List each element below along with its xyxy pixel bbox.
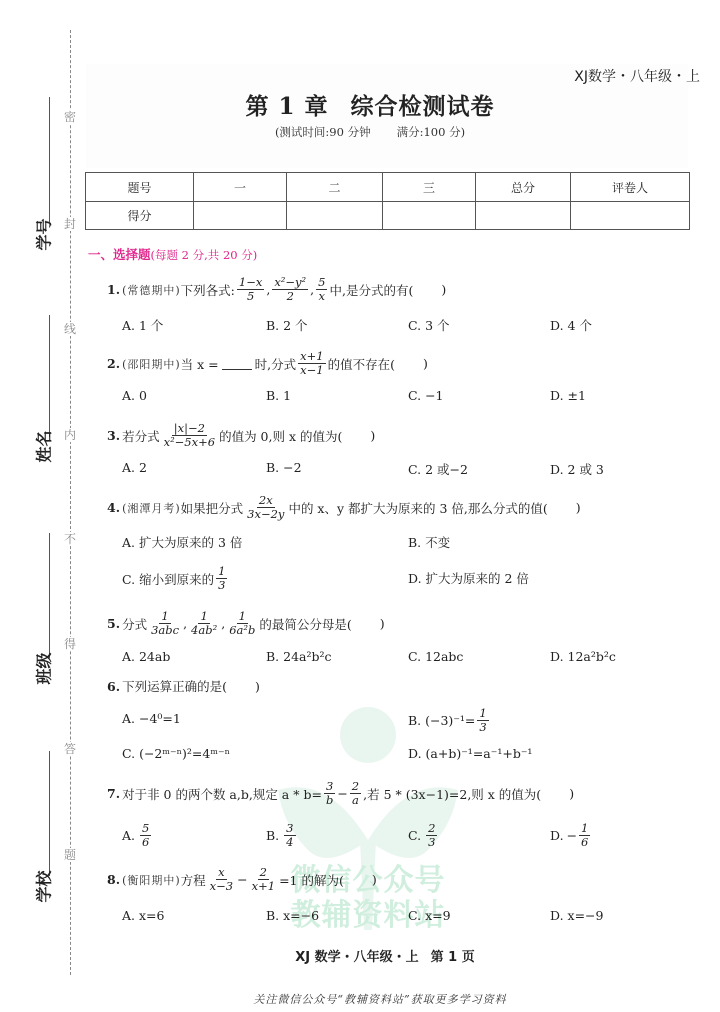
header-cell: 三 (383, 173, 476, 202)
fraction: x²−y²2 (272, 276, 308, 303)
question-text: 对于非 0 的两个数 a,b,规定 a * b= (122, 785, 322, 803)
header-cell: 题号 (86, 173, 194, 202)
question-text: 的最简公分母是( (259, 615, 351, 633)
option-label: D. (550, 828, 564, 843)
question-number: 7. (107, 786, 120, 801)
question-text: 中,是分式的有( (329, 281, 413, 299)
fraction: 34 (284, 822, 295, 849)
fraction: 56 (140, 822, 151, 849)
option-label: C. (408, 828, 421, 843)
fraction: |x|−2x²−5x+6 (162, 422, 218, 449)
series-tag: XJ数学・八年级・上 (574, 66, 700, 86)
option-d[interactable]: D. 4 个 (550, 316, 592, 334)
school-label: 学校 (32, 881, 55, 903)
page-number: 第 1 页 (431, 950, 475, 965)
option-a[interactable]: A. 1 个 (122, 316, 163, 334)
score-cell[interactable] (383, 202, 476, 230)
footer-series: XJ 数学・八年级・上 (295, 950, 418, 965)
question-source: (邵阳期中) (122, 356, 181, 372)
option-c[interactable]: C. 23 (408, 822, 439, 849)
name-label: 姓名 (32, 441, 55, 463)
fill-blank[interactable] (222, 358, 252, 370)
question-text: 的值为 0,则 x 的值为( (219, 427, 342, 445)
promo-text: 关注微信公众号“教辅资料站”获取更多学习资料 (0, 991, 720, 1007)
fraction: 5x (316, 276, 327, 303)
full-score: 满分:100 分) (397, 125, 465, 139)
option-d[interactable]: D. (a+b)⁻¹=a⁻¹+b⁻¹ (408, 746, 532, 761)
class-fill-line[interactable] (49, 533, 50, 658)
option-d[interactable]: D. ±1 (550, 388, 586, 403)
fraction: 13 (477, 707, 488, 734)
option-c[interactable]: C. (−2ᵐ⁻ⁿ)²=4ᵐ⁻ⁿ (122, 746, 230, 761)
fraction: 2a (350, 780, 361, 807)
score-cell[interactable] (476, 202, 571, 230)
question-number: 4. (107, 500, 120, 515)
option-label: A. (122, 828, 135, 843)
option-a[interactable]: A. 56 (122, 822, 153, 849)
exam-info: (测试时间:90 分钟满分:100 分) (0, 124, 720, 140)
question-text: 分式 (122, 615, 147, 633)
seal-char: 内 (63, 428, 77, 442)
question-8: 8. (衡阳期中) 方程 xx−3 − 2x+1 =1 的解为() (107, 866, 377, 893)
fraction: 2x+1 (250, 866, 277, 893)
name-fill-line[interactable] (49, 315, 50, 437)
question-5: 5. 分式 13abc, 14ab², 16a²b 的最简公分母是() (107, 610, 385, 637)
minus-sign: − (237, 872, 247, 887)
option-b[interactable]: B. x=−6 (266, 908, 319, 923)
row-label: 得分 (86, 202, 194, 230)
section-note: (每题 2 分,共 20 分) (151, 248, 258, 262)
score-table-header-row: 题号 一 二 三 总分 评卷人 (86, 173, 690, 202)
minus-sign: − (337, 786, 347, 801)
option-c[interactable]: C. 12abc (408, 649, 463, 664)
header-cell: 总分 (476, 173, 571, 202)
close-paren: ) (370, 428, 375, 443)
close-paren: ) (441, 282, 446, 297)
question-2: 2. (邵阳期中) 当 x = 时,分式 x+1x−1 的值不存在() (107, 350, 428, 377)
fraction: 3b (324, 780, 335, 807)
option-a[interactable]: A. 扩大为原来的 3 倍 (122, 533, 242, 551)
question-number: 8. (107, 872, 120, 887)
question-3: 3. 若分式 |x|−2x²−5x+6 的值为 0,则 x 的值为() (107, 422, 375, 449)
question-text: 如果把分式 (181, 499, 244, 517)
option-b[interactable]: B. 24a²b²c (266, 649, 332, 664)
seal-char: 不 (63, 532, 77, 546)
fraction: 13abc (149, 610, 181, 637)
score-table-score-row: 得分 (86, 202, 690, 230)
score-table: 题号 一 二 三 总分 评卷人 得分 (85, 172, 690, 230)
section-title: 一、选择题 (88, 247, 151, 262)
binding-margin (0, 0, 74, 975)
fraction: 16a²b (227, 610, 257, 637)
close-paren: ) (423, 356, 428, 371)
option-d[interactable]: D. 2 或 3 (550, 460, 604, 478)
option-d[interactable]: D. − 16 (550, 822, 592, 849)
option-label: B. (266, 828, 279, 843)
time-limit: (测试时间:90 分钟 (275, 125, 371, 139)
fraction: 2x3x−2y (245, 494, 286, 521)
close-paren: ) (576, 500, 581, 515)
close-paren: ) (569, 786, 574, 801)
question-number: 3. (107, 428, 120, 443)
minus-sign: − (567, 828, 577, 843)
fraction: 23 (426, 822, 437, 849)
question-text: ,若 5 * (3x−1)=2,则 x 的值为( (363, 785, 541, 803)
option-b[interactable]: B. 2 个 (266, 316, 308, 334)
question-text: 若分式 (122, 427, 160, 445)
question-source: (湘潭月考) (122, 500, 181, 516)
option-d[interactable]: D. 扩大为原来的 2 倍 (408, 569, 529, 587)
score-cell[interactable] (571, 202, 690, 230)
fraction: xx−3 (208, 866, 235, 893)
question-text: 下列各式: (181, 281, 235, 299)
fraction: 16 (579, 822, 590, 849)
question-text: =1 的解为( (279, 871, 344, 889)
option-b[interactable]: B. −2 (266, 460, 302, 475)
class-label: 班级 (32, 663, 55, 685)
score-cell[interactable] (194, 202, 287, 230)
question-number: 6. (107, 679, 120, 694)
option-d[interactable]: D. x=−9 (550, 908, 603, 923)
header-cell: 二 (287, 173, 383, 202)
score-cell[interactable] (287, 202, 383, 230)
question-text: 方程 (181, 871, 206, 889)
question-text: 当 x = (181, 355, 219, 373)
option-a[interactable]: A. −4⁰=1 (122, 711, 181, 726)
option-c[interactable]: C. x=9 (408, 908, 451, 923)
question-text: 中的 x、y 都扩大为原来的 3 倍,那么分式的值( (288, 499, 547, 517)
option-c[interactable]: C. 缩小到原来的 13 (122, 565, 229, 592)
header-cell: 一 (194, 173, 287, 202)
question-4: 4. (湘潭月考) 如果把分式 2x3x−2y 中的 x、y 都扩大为原来的 3… (107, 494, 581, 521)
question-number: 5. (107, 616, 120, 631)
seal-char: 题 (63, 848, 77, 862)
option-a[interactable]: A. 2 (122, 460, 147, 475)
question-6: 6. 下列运算正确的是() (107, 677, 260, 695)
student-id-label: 学号 (32, 229, 55, 251)
question-7: 7. 对于非 0 的两个数 a,b,规定 a * b= 3b − 2a ,若 5… (107, 780, 574, 807)
fraction: 14ab² (189, 610, 219, 637)
option-c[interactable]: C. 3 个 (408, 316, 450, 334)
fraction: 1−x5 (237, 276, 264, 303)
option-text: C. 缩小到原来的 (122, 570, 214, 588)
seal-char: 线 (63, 322, 77, 336)
close-paren: ) (255, 679, 260, 694)
page-title: 第 1 章综合检测试卷 (0, 88, 720, 121)
option-b[interactable]: B. 1 (266, 388, 291, 403)
option-c[interactable]: C. 2 或−2 (408, 460, 468, 478)
question-source: (常德期中) (122, 282, 181, 298)
section-heading: 一、选择题(每题 2 分,共 20 分) (88, 245, 257, 263)
page-footer: XJ 数学・八年级・上第 1 页 (0, 946, 720, 965)
seal-dashed-line (70, 30, 71, 975)
title-chapter: 第 1 章 (245, 93, 328, 120)
seal-char: 得 (63, 637, 77, 651)
option-c[interactable]: C. −1 (408, 388, 444, 403)
school-fill-line[interactable] (49, 751, 50, 876)
question-text: 时,分式 (255, 355, 296, 373)
option-b[interactable]: B. 34 (266, 822, 298, 849)
option-a[interactable]: A. 24ab (122, 649, 170, 664)
title-main: 综合检测试卷 (351, 93, 495, 120)
header-cell: 评卷人 (571, 173, 690, 202)
option-text: B. (−3)⁻¹= (408, 713, 475, 728)
option-d[interactable]: D. 12a²b²c (550, 649, 616, 664)
option-a[interactable]: A. 0 (122, 388, 147, 403)
option-b[interactable]: B. 不变 (408, 533, 450, 551)
question-number: 1. (107, 282, 120, 297)
fraction: x+1x−1 (298, 350, 325, 377)
question-number: 2. (107, 356, 120, 371)
close-paren: ) (380, 616, 385, 631)
question-1: 1. (常德期中) 下列各式: 1−x5, x²−y²2, 5x 中,是分式的有… (107, 276, 446, 303)
question-text: 的值不存在( (328, 355, 395, 373)
option-a[interactable]: A. x=6 (122, 908, 164, 923)
question-text: 下列运算正确的是( (122, 677, 227, 695)
question-source: (衡阳期中) (122, 872, 181, 888)
fraction: 13 (216, 565, 227, 592)
close-paren: ) (372, 872, 377, 887)
seal-char: 封 (63, 217, 77, 231)
seal-char: 答 (63, 742, 77, 756)
option-b[interactable]: B. (−3)⁻¹= 13 (408, 707, 491, 734)
